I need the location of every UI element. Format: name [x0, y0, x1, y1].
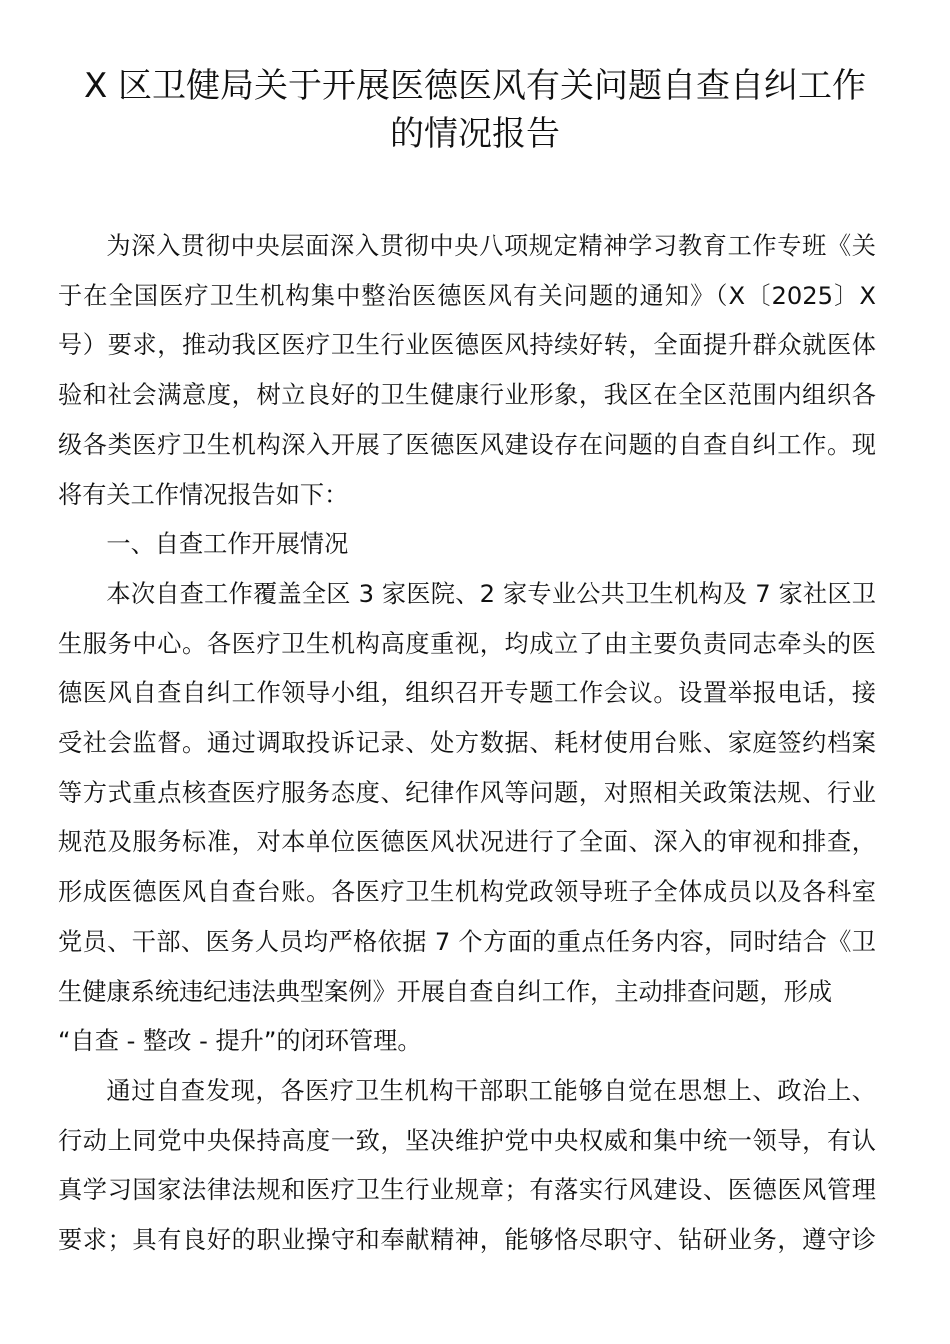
text-line: 党员、干部、医务人员均严格依据 7 个方面的重点任务内容，同时结合《卫: [58, 918, 876, 968]
text-line: 于在全国医疗卫生机构集中整治医德医风有关问题的通知》（X〔2025〕X: [58, 272, 876, 322]
text-line: 通过自查发现，各医疗卫生机构干部职工能够自觉在思想上、政治上、: [58, 1067, 876, 1117]
text-line: 等方式重点核查医疗服务态度、纪律作风等问题，对照相关政策法规、行业: [58, 769, 876, 819]
text-line: 德医风自查自纠工作领导小组，组织召开专题工作会议。设置举报电话，接: [58, 669, 876, 719]
text-line: 将有关工作情况报告如下：: [58, 471, 876, 521]
paragraph-inspection-scope: 本次自查工作覆盖全区 3 家医院、2 家专业公共卫生机构及 7 家社区卫 生服务…: [58, 570, 876, 1067]
text-line: 受社会监督。通过调取投诉记录、处方数据、耗材使用台账、家庭签约档案: [58, 719, 876, 769]
text-line: 为深入贯彻中央层面深入贯彻中央八项规定精神学习教育工作专班《关: [58, 222, 876, 272]
text-line: 行动上同党中央保持高度一致，坚决维护党中央权威和集中统一领导，有认: [58, 1117, 876, 1167]
title-line: X 区卫健局关于开展医德医风有关问题自查自纠工作: [58, 62, 892, 110]
paragraph-findings: 通过自查发现，各医疗卫生机构干部职工能够自觉在思想上、政治上、 行动上同党中央保…: [58, 1067, 876, 1266]
text-line: 规范及服务标准，对本单位医德医风状况进行了全面、深入的审视和排查，: [58, 818, 876, 868]
paragraph-intro: 为深入贯彻中央层面深入贯彻中央八项规定精神学习教育工作专班《关 于在全国医疗卫生…: [58, 222, 876, 520]
text-line: 生服务中心。各医疗卫生机构高度重视，均成立了由主要负责同志牵头的医: [58, 620, 876, 670]
document-title: X 区卫健局关于开展医德医风有关问题自查自纠工作 的情况报告: [58, 62, 892, 158]
section-heading-1: 一、自查工作开展情况: [58, 520, 876, 570]
text-line: 验和社会满意度，树立良好的卫生健康行业形象，我区在全区范围内组织各: [58, 371, 876, 421]
document-body: 为深入贯彻中央层面深入贯彻中央八项规定精神学习教育工作专班《关 于在全国医疗卫生…: [58, 222, 876, 1266]
title-line: 的情况报告: [58, 110, 892, 158]
text-line: 号）要求，推动我区医疗卫生行业医德医风持续好转，全面提升群众就医体: [58, 321, 876, 371]
text-line: 本次自查工作覆盖全区 3 家医院、2 家专业公共卫生机构及 7 家社区卫: [58, 570, 876, 620]
text-line: “自查 - 整改 - 提升”的闭环管理。: [58, 1017, 876, 1067]
text-line: 级各类医疗卫生机构深入开展了医德医风建设存在问题的自查自纠工作。现: [58, 421, 876, 471]
document-page: X 区卫健局关于开展医德医风有关问题自查自纠工作 的情况报告 为深入贯彻中央层面…: [0, 0, 950, 1344]
text-line: 真学习国家法律法规和医疗卫生行业规章；有落实行风建设、医德医风管理: [58, 1166, 876, 1216]
text-line: 要求；具有良好的职业操守和奉献精神，能够恪尽职守、钻研业务，遵守诊: [58, 1216, 876, 1266]
text-line: 生健康系统违纪违法典型案例》开展自查自纠工作，主动排查问题，形成: [58, 968, 876, 1018]
heading-line: 一、自查工作开展情况: [58, 520, 876, 570]
text-line: 形成医德医风自查台账。各医疗卫生机构党政领导班子全体成员以及各科室: [58, 868, 876, 918]
